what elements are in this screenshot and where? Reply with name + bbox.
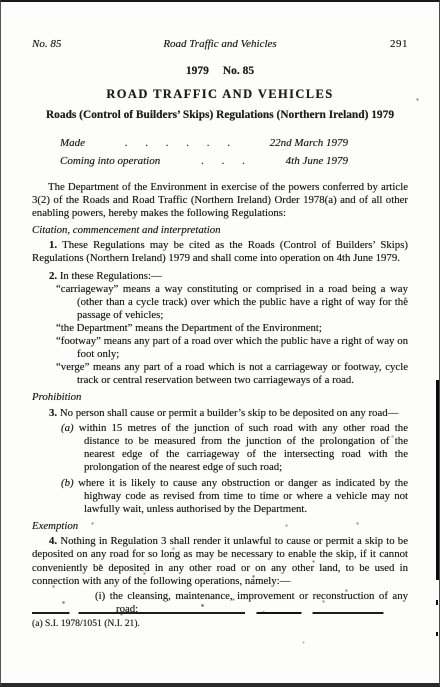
made-label: Made: [60, 135, 85, 153]
instrument-number: No. 85: [223, 65, 254, 77]
footnote-block: (a) S.I. 1978/1051 (N.I. 21).: [32, 612, 406, 629]
dot-leader: . . . . . .: [85, 135, 270, 153]
subject-category-title: ROAD TRAFFIC AND VEHICLES: [32, 87, 408, 101]
instrument-year: 1979: [186, 65, 209, 77]
item-b-text: where it is likely to cause any obstruct…: [78, 477, 408, 515]
running-header: No. 85 Road Traffic and Vehicles 291: [32, 38, 408, 51]
citation-section-heading: Citation, commencement and interpretatio…: [32, 224, 408, 237]
dot-leader: . . .: [160, 153, 285, 171]
regulation-3: 3. No person shall cause or permit a bui…: [32, 407, 408, 420]
document-number: No. 85: [32, 38, 122, 51]
item-a-text: within 15 metres of the junction of such…: [79, 422, 408, 473]
prohibition-section-heading: Prohibition: [32, 391, 408, 404]
instrument-number-line: 1979No. 85: [32, 65, 408, 78]
coming-into-operation-row: Coming into operation . . . 4th June 197…: [60, 153, 348, 171]
regulation-3-item-b: (b) where it is likely to cause any obst…: [32, 477, 408, 516]
regulation-1-text: These Regulations may be cited as the Ro…: [32, 239, 408, 264]
regulation-3-number: 3.: [49, 407, 57, 419]
regulation-4: 4. Nothing in Regulation 3 shall render …: [32, 535, 408, 587]
definition-carriageway: “carriageway” means a way constituting o…: [32, 283, 408, 322]
regulation-2: 2. In these Regulations:—: [32, 270, 408, 283]
exemption-section-heading: Exemption: [32, 520, 408, 533]
enacting-preamble: The Department of the Environment in exe…: [32, 181, 408, 220]
scanned-document-page: No. 85 Road Traffic and Vehicles 291 197…: [0, 0, 440, 687]
footnote-rule: [32, 612, 406, 614]
item-i-marker: (i): [95, 590, 105, 602]
footnote-citation: (a) S.I. 1978/1051 (N.I. 21).: [32, 618, 406, 629]
item-a-marker: (a): [61, 422, 74, 434]
regulation-2-number: 2.: [49, 270, 57, 282]
regulation-4-text: Nothing in Regulation 3 shall render it …: [32, 535, 408, 586]
scan-edge-artifact: [436, 380, 439, 580]
regulation-title: Roads (Control of Builders’ Skips) Regul…: [32, 109, 408, 122]
coming-into-operation-date: 4th June 1979: [286, 153, 348, 171]
made-date-row: Made . . . . . . 22nd March 1979: [60, 135, 348, 153]
regulation-3-text: No person shall cause or permit a builde…: [60, 407, 399, 419]
regulation-4-number: 4.: [49, 535, 57, 547]
regulation-1-number: 1.: [49, 239, 57, 251]
definition-verge: “verge” means any part of a road which i…: [32, 361, 408, 387]
running-title: Road Traffic and Vehicles: [122, 38, 318, 51]
definition-the-department: “the Department” means the Department of…: [32, 322, 408, 335]
scan-edge-artifact: [436, 632, 438, 636]
page-number: 291: [318, 38, 408, 51]
made-date: 22nd March 1979: [270, 135, 348, 153]
definitions-list: “carriageway” means a way constituting o…: [32, 283, 408, 388]
scan-noise-specks: [1, 2, 2, 3]
scan-edge-artifact: [436, 600, 438, 605]
regulation-1: 1. These Regulations may be cited as the…: [32, 239, 408, 265]
definition-footway: “footway” means any part of a road over …: [32, 335, 408, 361]
regulation-2-text: In these Regulations:—: [60, 270, 162, 282]
regulation-3-item-a: (a) within 15 metres of the junction of …: [32, 422, 408, 474]
coming-into-operation-label: Coming into operation: [60, 153, 160, 171]
dates-block: Made . . . . . . 22nd March 1979 Coming …: [60, 135, 348, 170]
item-b-marker: (b): [61, 477, 74, 489]
